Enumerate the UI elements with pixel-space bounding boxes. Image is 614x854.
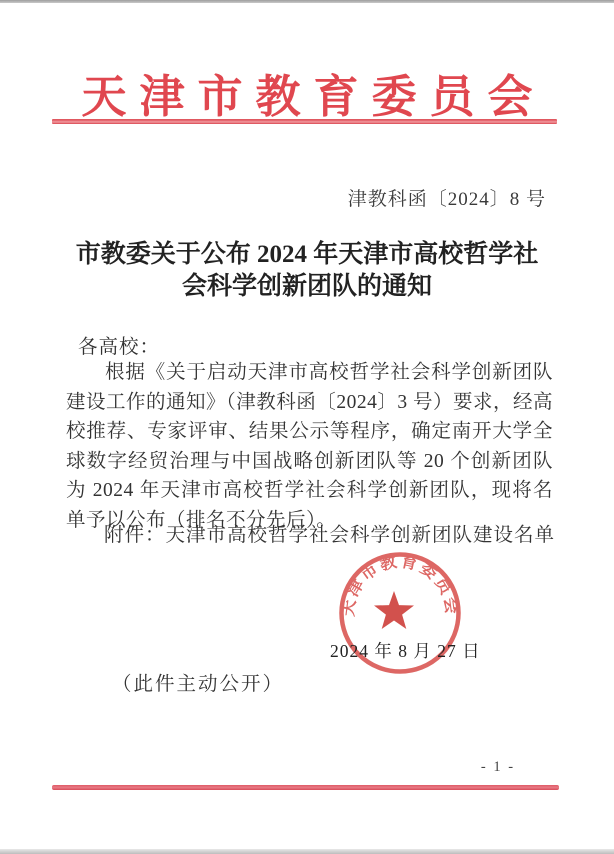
document-page: 天津市教育委员会 津教科函〔2024〕8 号 市教委关于公布 2024 年天津市… — [0, 0, 614, 854]
red-separator-line — [52, 119, 557, 124]
footer-red-line — [52, 785, 559, 790]
document-title: 市教委关于公布 2024 年天津市高校哲学社会科学创新团队的通知 — [72, 239, 542, 303]
screen-top-edge — [0, 0, 614, 3]
attachment-line: 附件：天津市高校哲学社会科学创新团队建设名单 — [104, 519, 555, 547]
body-paragraph: 根据《关于启动天津市高校哲学社会科学创新团队建设工作的通知》（津教科函〔2024… — [66, 358, 553, 535]
page-number: - 1 - — [474, 759, 522, 776]
screen-bottom-edge — [0, 849, 614, 854]
disclosure-note: （此件主动公开） — [112, 668, 284, 696]
red-star-icon — [374, 591, 414, 629]
issue-date: 2024 年 8 月 27 日 — [330, 638, 475, 663]
document-number: 津教科函〔2024〕8 号 — [348, 184, 546, 211]
salutation: 各高校： — [78, 331, 160, 359]
agency-name: 天津市教育委员会 — [0, 60, 614, 125]
